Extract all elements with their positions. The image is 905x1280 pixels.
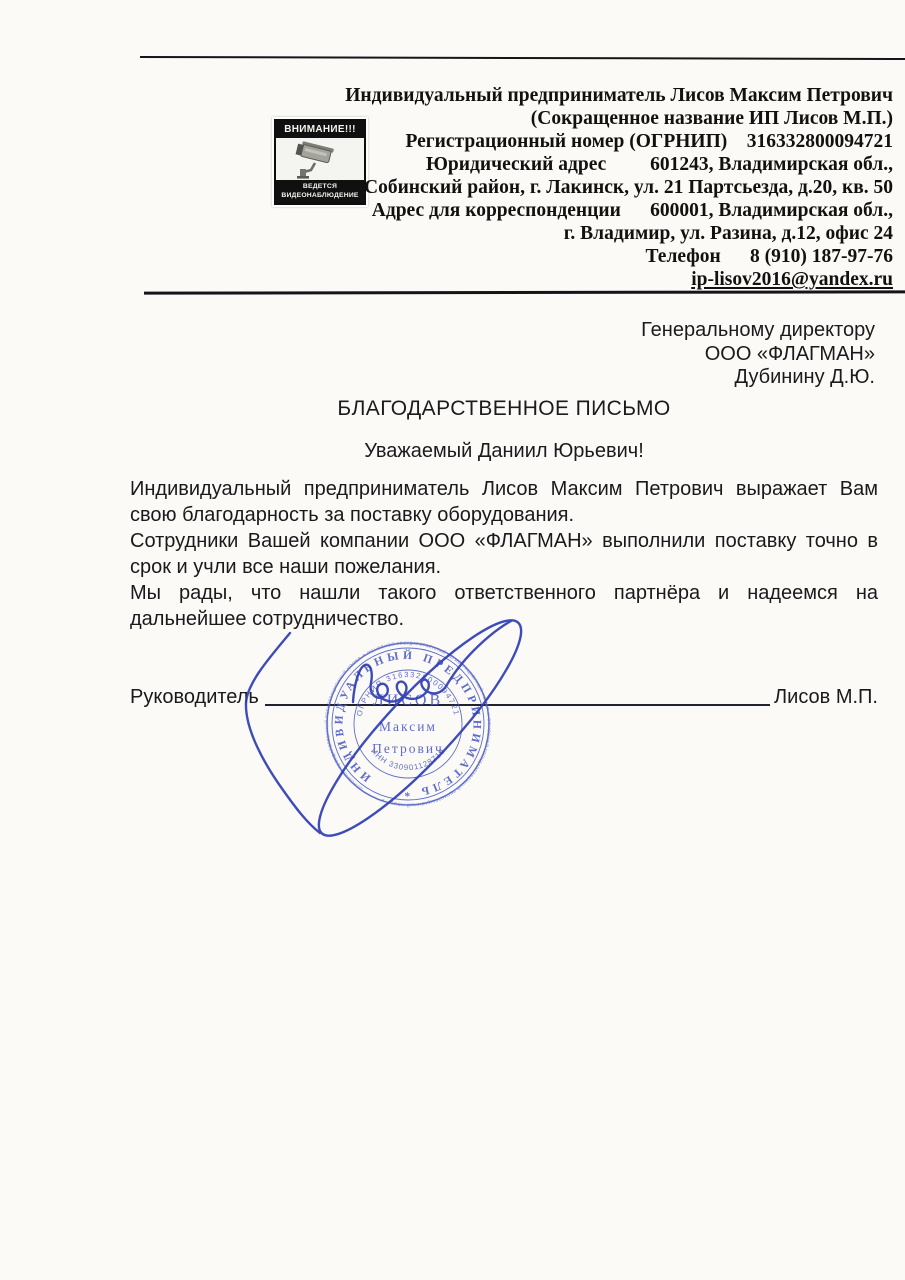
signature-line	[265, 688, 770, 706]
recipient-name: Дубинину Д.Ю.	[641, 366, 875, 390]
svg-text:ОСНОВНОЙ ГОСУДАРСТВЕННЫЙ РЕГИС: ОСНОВНОЙ ГОСУДАРСТВЕННЫЙ РЕГИСТРАЦИОННЫЙ…	[324, 641, 492, 808]
svg-text:ИНН 330901128719: ИНН 330901128719	[369, 747, 447, 773]
handwritten-signature	[235, 605, 565, 865]
letter-title: БЛАГОДАРСТВЕННОЕ ПИСЬМО	[130, 397, 878, 421]
document-page: ВНИМАНИЕ!!! ВЕДЕТСЯ ВИДЕОНАБЛЮДЕНИЕ	[0, 0, 905, 1280]
letterhead: Индивидуальный предприниматель Лисов Мак…	[250, 84, 893, 291]
signatory-role-label: Руководитель	[130, 686, 265, 709]
stamp-patronymic: Петрович	[372, 741, 444, 756]
body-paragraph: Сотрудники Вашей компании ООО «ФЛАГМАН» …	[130, 528, 878, 580]
company-stamp-seal: ОСНОВНОЙ ГОСУДАРСТВЕННЫЙ РЕГИСТРАЦИОННЫЙ…	[318, 634, 498, 814]
letterhead-ogrnip: Регистрационный номер (ОГРНИП) 316332800…	[250, 130, 893, 153]
stamp-outer-micro-text: ОСНОВНОЙ ГОСУДАРСТВЕННЫЙ РЕГИСТРАЦИОННЫЙ…	[324, 641, 492, 808]
letterhead-short-name: (Сокращенное название ИП Лисов М.П.)	[250, 107, 893, 130]
svg-text:ИНДИВИДУАЛЬНЫЙ ПРЕДПРИНИМАТЕЛ: ИНДИВИДУАЛЬНЫЙ ПРЕДПРИНИМАТЕЛЬ *	[333, 648, 482, 798]
letterhead-mail-address-2: г. Владимир, ул. Разина, д.12, офис 24	[250, 222, 893, 245]
stamp-ring-text: ИНДИВИДУАЛЬНЫЙ ПРЕДПРИНИМАТЕЛЬ *	[333, 648, 482, 798]
greeting-line: Уважаемый Даниил Юрьевич!	[130, 440, 878, 463]
scan-top-line	[140, 56, 905, 60]
letterhead-legal-address-2: Собинский район, г. Лакинск, ул. 21 Парт…	[250, 176, 893, 199]
body-paragraph: Мы рады, что нашли такого ответственного…	[130, 580, 878, 632]
letterhead-divider	[144, 290, 905, 294]
stamp-inn-arc: ИНН 330901128719	[369, 747, 447, 773]
letterhead-legal-address-1: Юридический адрес 601243, Владимирская о…	[250, 153, 893, 176]
signatory-name-label: Лисов М.П.	[770, 686, 878, 709]
stamp-first-name: Максим	[379, 719, 437, 734]
signature-row: Руководитель Лисов М.П.	[130, 686, 878, 709]
letterhead-company-name: Индивидуальный предприниматель Лисов Мак…	[250, 84, 893, 107]
recipient-position: Генеральному директору	[641, 319, 875, 343]
email-link[interactable]: ip-lisov2016@yandex.ru	[691, 269, 893, 290]
recipient-block: Генеральному директору ООО «ФЛАГМАН» Дуб…	[641, 319, 875, 390]
letterhead-phone: Телефон 8 (910) 187-97-76	[250, 245, 893, 268]
recipient-company: ООО «ФЛАГМАН»	[641, 343, 875, 367]
body-paragraph: Индивидуальный предприниматель Лисов Мак…	[130, 476, 878, 528]
letterhead-mail-address-1: Адрес для корреспонденции 600001, Владим…	[250, 199, 893, 222]
letter-body: Индивидуальный предприниматель Лисов Мак…	[130, 476, 878, 632]
